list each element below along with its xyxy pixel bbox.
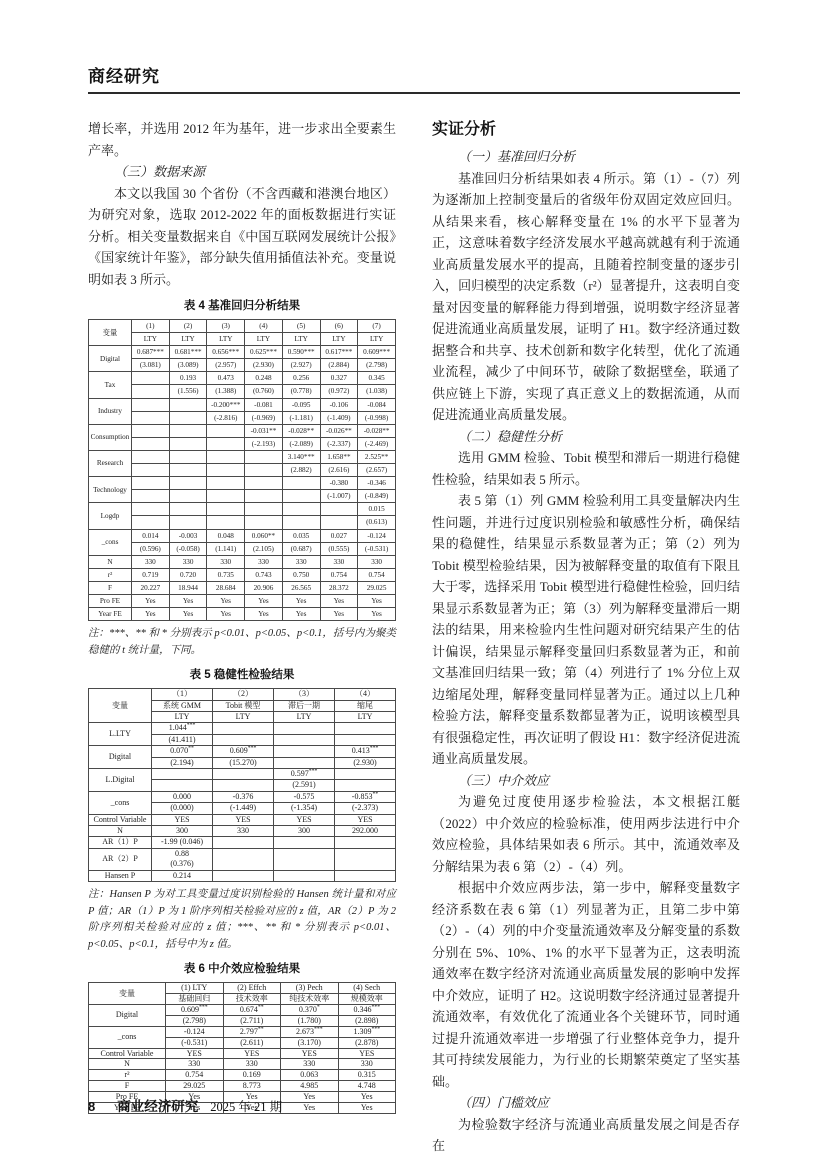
- t-value-cell: (1.038): [358, 385, 396, 398]
- column-header: LTY: [213, 711, 274, 722]
- column-header: LTY: [274, 711, 335, 722]
- significance-stars: ***: [199, 1004, 208, 1010]
- t-value-cell: (2.711): [223, 1015, 281, 1026]
- coefficient-cell: 2.797**: [223, 1026, 281, 1037]
- table-row: (-1.007)(-0.849): [89, 490, 396, 503]
- stat-cell: 20.227: [132, 581, 170, 594]
- stat-cell: 0.315: [338, 1070, 396, 1081]
- t-value-cell: (2.194): [152, 757, 213, 768]
- coefficient-cell: 0.256: [282, 372, 320, 385]
- t-value-cell: [152, 780, 213, 791]
- t-value-cell: (2.898): [338, 1015, 396, 1026]
- t-value-cell: [169, 437, 207, 450]
- t-value-cell: (2.927): [282, 359, 320, 372]
- stat-cell: Yes: [132, 608, 170, 621]
- row-label: _cons: [89, 1026, 166, 1048]
- coefficient-cell: [132, 424, 170, 437]
- stat-cell: YES: [166, 1048, 224, 1059]
- stat-cell: 8.773: [223, 1081, 281, 1092]
- column-header: (5): [282, 320, 320, 333]
- significance-stars: ***: [379, 348, 390, 356]
- row-label: Technology: [89, 477, 132, 503]
- stat-cell: 20.906: [245, 581, 283, 594]
- coefficient-cell: 1.658**: [320, 450, 358, 463]
- coefficient-cell: [213, 723, 274, 734]
- column-header: (6): [320, 320, 358, 333]
- coefficient-cell: [169, 477, 207, 490]
- column-header: (7): [358, 320, 396, 333]
- coefficient-cell: 0.590***: [282, 346, 320, 359]
- stat-cell: 0.720: [169, 568, 207, 581]
- coefficient-cell: [245, 503, 283, 516]
- column-header-variable: 变量: [89, 320, 132, 346]
- stat-cell: Yes: [281, 1092, 339, 1103]
- stat-cell: Yes: [281, 1103, 339, 1114]
- t-value-cell: (2.591): [274, 780, 335, 791]
- row-label: N: [89, 1059, 166, 1070]
- t-value-cell: (1.556): [169, 385, 207, 398]
- table-row: Logdp0.015: [89, 503, 396, 516]
- coefficient-cell: 0.687***: [132, 346, 170, 359]
- coefficient-cell: [245, 450, 283, 463]
- t-value-cell: (41.411): [152, 734, 213, 745]
- table-row: 变量（1）（2）（3）（4）: [89, 689, 396, 700]
- row-label: Consumption: [89, 424, 132, 450]
- paragraph: 根据中介效应两步法，第一步中，解释变量数字经济系数在表 6 第（1）列显著为正，…: [432, 877, 740, 1092]
- coefficient-cell: 0.035: [282, 529, 320, 542]
- column-header: （2）: [213, 689, 274, 700]
- significance-stars: ***: [153, 348, 164, 356]
- t-value-cell: (-0.531): [358, 542, 396, 555]
- column-header: LTY: [320, 333, 358, 346]
- t-value-cell: [169, 464, 207, 477]
- paragraph: 为避免过度使用逐步检验法，本文根据江艇（2022）中介效应的检验标准，使用两步法…: [432, 791, 740, 877]
- table-row: Industry-0.200***-0.081-0.095-0.106-0.08…: [89, 398, 396, 411]
- significance-stars: **: [258, 1026, 264, 1032]
- row-label: Digital: [89, 346, 132, 372]
- subsection-heading-1: （一）基准回归分析: [432, 146, 740, 168]
- table-row: Consumption-0.031**-0.028**-0.026**-0.02…: [89, 424, 396, 437]
- column-header: LTY: [207, 333, 245, 346]
- coefficient-cell: [132, 477, 170, 490]
- coefficient-cell: 0.609***: [213, 746, 274, 757]
- coefficient-cell: [207, 450, 245, 463]
- column-header: 基础回归: [166, 993, 224, 1004]
- coefficient-cell: [320, 503, 358, 516]
- coefficient-cell: [282, 477, 320, 490]
- coefficient-cell: 0.413***: [335, 746, 396, 757]
- coefficient-cell: -0.124: [358, 529, 396, 542]
- coefficient-cell: 0.370*: [281, 1004, 339, 1015]
- stat-cell: [335, 848, 396, 870]
- row-label: Digital: [89, 746, 152, 769]
- stat-cell: 330: [245, 555, 283, 568]
- t-value-cell: (2.798): [166, 1015, 224, 1026]
- coefficient-cell: [335, 723, 396, 734]
- stat-cell: YES: [274, 814, 335, 825]
- stat-cell: [213, 848, 274, 870]
- row-label: Control Variable: [89, 1048, 166, 1059]
- column-header: 技术效率: [223, 993, 281, 1004]
- table-row: Research3.140***1.658**2.525**: [89, 450, 396, 463]
- coefficient-cell: 2.525**: [358, 450, 396, 463]
- t-value-cell: [274, 734, 335, 745]
- row-label: L.Digital: [89, 769, 152, 792]
- table-row: Tax0.1930.4730.2480.2560.3270.345: [89, 372, 396, 385]
- table-row: _cons-0.1242.797**2.673***1.309***: [89, 1026, 396, 1037]
- coefficient-cell: 0.609***: [358, 346, 396, 359]
- coefficient-cell: 0.060**: [245, 529, 283, 542]
- table-row: AR（1）P-1.99 (0.046): [89, 837, 396, 848]
- coefficient-cell: [132, 398, 170, 411]
- t-value-cell: (3.081): [132, 359, 170, 372]
- stat-cell: YES: [335, 814, 396, 825]
- t-value-cell: [335, 734, 396, 745]
- significance-stars: ***: [371, 1004, 380, 1010]
- stat-cell: 29.025: [358, 581, 396, 594]
- significance-stars: ***: [187, 723, 196, 729]
- row-label: F: [89, 581, 132, 594]
- stat-cell: 0.754: [320, 568, 358, 581]
- stat-cell: 0.88 (0.376): [152, 848, 213, 870]
- column-header: (2) Effch: [223, 983, 281, 994]
- stat-cell: [335, 837, 396, 848]
- t-value-cell: (1.780): [281, 1015, 339, 1026]
- table-robustness-test: 变量（1）（2）（3）（4）系统 GMMTobit 模型滞后一期缩尾LTYLTY…: [88, 688, 396, 882]
- t-value-cell: [282, 490, 320, 503]
- row-label: _cons: [89, 529, 132, 555]
- t-value-cell: (-0.998): [358, 411, 396, 424]
- t-value-cell: (-1.007): [320, 490, 358, 503]
- t-value-cell: [282, 516, 320, 529]
- column-header: LTY: [169, 333, 207, 346]
- subsection-heading-4: （四）门槛效应: [432, 1092, 740, 1114]
- stat-cell: 330: [320, 555, 358, 568]
- column-header-variable: 变量: [89, 983, 166, 1005]
- paragraph: 选用 GMM 检验、Tobit 模型和滞后一期进行稳健性检验，结果如表 5 所示…: [432, 447, 740, 490]
- issue-label: 2025 年 21 期: [210, 1100, 282, 1114]
- coefficient-cell: -0.200***: [207, 398, 245, 411]
- stat-cell: 330: [358, 555, 396, 568]
- t-value-cell: [207, 437, 245, 450]
- coefficient-cell: [169, 398, 207, 411]
- column-header: LTY: [245, 333, 283, 346]
- coefficient-cell: [282, 503, 320, 516]
- significance-stars: **: [188, 746, 194, 752]
- t-value-cell: [132, 516, 170, 529]
- table-row: (1.556)(1.388)(0.760)(0.778)(0.972)(1.03…: [89, 385, 396, 398]
- t-value-cell: [245, 516, 283, 529]
- coefficient-cell: 0.597***: [274, 769, 335, 780]
- t-value-cell: [320, 516, 358, 529]
- t-value-cell: [245, 464, 283, 477]
- stat-cell: Yes: [338, 1103, 396, 1114]
- coefficient-cell: -0.376: [213, 791, 274, 802]
- coefficient-cell: 0.681***: [169, 346, 207, 359]
- coefficient-cell: 0.070**: [152, 746, 213, 757]
- stat-cell: 0.169: [223, 1070, 281, 1081]
- coefficient-cell: 0.617***: [320, 346, 358, 359]
- stat-cell: [274, 848, 335, 870]
- t-value-cell: (-2.373): [335, 803, 396, 814]
- column-header: LTY: [282, 333, 320, 346]
- t-value-cell: [169, 411, 207, 424]
- table-row: Digital0.687***0.681***0.656***0.625***0…: [89, 346, 396, 359]
- coefficient-cell: [245, 477, 283, 490]
- significance-stars: **: [307, 427, 314, 435]
- table-row: N300330300292.000: [89, 826, 396, 837]
- stat-cell: 0.735: [207, 568, 245, 581]
- stat-cell: 330: [207, 555, 245, 568]
- stat-cell: YES: [152, 814, 213, 825]
- table-row: Pro FEYesYesYesYesYesYesYes: [89, 594, 396, 607]
- t-value-cell: (-2.816): [207, 411, 245, 424]
- t-value-cell: (2.930): [335, 757, 396, 768]
- stat-cell: Yes: [207, 608, 245, 621]
- t-value-cell: (-1.181): [282, 411, 320, 424]
- coefficient-cell: [132, 450, 170, 463]
- stat-cell: Yes: [245, 594, 283, 607]
- subsection-heading-data-source: （三）数据来源: [88, 161, 396, 183]
- t-value-cell: (15.270): [213, 757, 274, 768]
- coefficient-cell: 0.027: [320, 529, 358, 542]
- table-row: (0.596)(-0.058)(1.141)(2.105)(0.687)(0.5…: [89, 542, 396, 555]
- stat-cell: 300: [274, 826, 335, 837]
- paragraph: 本文以我国 30 个省份（不含西藏和港澳台地区）为研究对象，选取 2012-20…: [88, 183, 396, 291]
- t-value-cell: [213, 734, 274, 745]
- stat-cell: 0.063: [281, 1070, 339, 1081]
- coefficient-cell: [152, 769, 213, 780]
- column-header: 滞后一期: [274, 700, 335, 711]
- row-label: Tax: [89, 372, 132, 398]
- coefficient-cell: [207, 477, 245, 490]
- stat-cell: 0.754: [166, 1070, 224, 1081]
- coefficient-cell: [213, 769, 274, 780]
- t-value-cell: (0.972): [320, 385, 358, 398]
- column-header: 缩尾: [335, 700, 396, 711]
- table-baseline-regression: 变量(1)(2)(3)(4)(5)(6)(7)LTYLTYLTYLTYLTYLT…: [88, 319, 396, 621]
- significance-stars: ***: [304, 453, 315, 461]
- table-row: 变量(1) LTY(2) Effch(3) Pech(4) Sech: [89, 983, 396, 994]
- significance-stars: ***: [342, 348, 353, 356]
- stat-cell: 330: [132, 555, 170, 568]
- right-column: 实证分析 （一）基准回归分析 基准回归分析结果如表 4 所示。第（1）-（7）列…: [432, 118, 740, 1157]
- significance-stars: **: [372, 791, 378, 797]
- stat-cell: Yes: [207, 594, 245, 607]
- significance-stars: ***: [371, 1026, 380, 1032]
- paragraph: 为检验数字经济与流通业高质量发展之间是否存在: [432, 1114, 740, 1157]
- significance-stars: *: [317, 1004, 320, 1010]
- column-header-variable: 变量: [89, 689, 152, 723]
- table-row: L.LTY1.044***: [89, 723, 396, 734]
- stat-cell: Yes: [245, 608, 283, 621]
- column-header: 纯技术效率: [281, 993, 339, 1004]
- t-value-cell: (-2.469): [358, 437, 396, 450]
- t-value-cell: (0.778): [282, 385, 320, 398]
- column-header: 系统 GMM: [152, 700, 213, 711]
- t-value-cell: (2.616): [320, 464, 358, 477]
- page-footer: 8商业经济研究2025 年 21 期: [88, 1095, 282, 1115]
- stat-cell: YES: [281, 1048, 339, 1059]
- table-row: L.Digital0.597***: [89, 769, 396, 780]
- t-value-cell: (1.388): [207, 385, 245, 398]
- row-label: N: [89, 826, 152, 837]
- significance-stars: ***: [191, 348, 202, 356]
- column-header: (3): [207, 320, 245, 333]
- stat-cell: 292.000: [335, 826, 396, 837]
- t-value-cell: (-0.058): [169, 542, 207, 555]
- stat-cell: Yes: [320, 608, 358, 621]
- stat-cell: [335, 870, 396, 881]
- table-row: (-2.816)(-0.969)(-1.181)(-1.409)(-0.998): [89, 411, 396, 424]
- coefficient-cell: 0.625***: [245, 346, 283, 359]
- stat-cell: 4.985: [281, 1081, 339, 1092]
- coefficient-cell: -0.575: [274, 791, 335, 802]
- stat-cell: 0.743: [245, 568, 283, 581]
- t-value-cell: (3.170): [281, 1037, 339, 1048]
- stat-cell: [274, 837, 335, 848]
- t-value-cell: (-2.193): [245, 437, 283, 450]
- coefficient-cell: -0.081: [245, 398, 283, 411]
- stat-cell: 330: [338, 1059, 396, 1070]
- row-label: Digital: [89, 1004, 166, 1026]
- table5-title: 表 5 稳健性检验结果: [88, 668, 396, 683]
- coefficient-cell: -0.106: [320, 398, 358, 411]
- t-value-cell: (-0.969): [245, 411, 283, 424]
- column-header: 规模效率: [338, 993, 396, 1004]
- coefficient-cell: 0.193: [169, 372, 207, 385]
- coefficient-cell: -0.003: [169, 529, 207, 542]
- coefficient-cell: [274, 746, 335, 757]
- table-row: LTYLTYLTYLTYLTYLTYLTY: [89, 333, 396, 346]
- coefficient-cell: -0.031**: [245, 424, 283, 437]
- coefficient-cell: [274, 723, 335, 734]
- table-row: Control VariableYESYESYESYES: [89, 1048, 396, 1059]
- t-value-cell: [207, 490, 245, 503]
- table-row: (2.882)(2.616)(2.657): [89, 464, 396, 477]
- t-value-cell: (2.878): [338, 1037, 396, 1048]
- subsection-heading-3: （三）中介效应: [432, 770, 740, 792]
- table4-title: 表 4 基准回归分析结果: [88, 299, 396, 314]
- stat-cell: Yes: [320, 594, 358, 607]
- t-value-cell: (0.596): [132, 542, 170, 555]
- row-label: Hansen P: [89, 870, 152, 881]
- table-row: AR（2）P0.88 (0.376): [89, 848, 396, 870]
- table-row: (0.613): [89, 516, 396, 529]
- significance-stars: ***: [230, 401, 241, 409]
- column-header: LTY: [132, 333, 170, 346]
- significance-stars: ***: [248, 746, 257, 752]
- t-value-cell: [169, 516, 207, 529]
- significance-stars: **: [382, 427, 389, 435]
- journal-section-title: 商经研究: [88, 62, 160, 87]
- coefficient-cell: 0.473: [207, 372, 245, 385]
- t-value-cell: [169, 490, 207, 503]
- significance-stars: ***: [304, 348, 315, 356]
- t-value-cell: (2.611): [223, 1037, 281, 1048]
- column-header: (1): [132, 320, 170, 333]
- coefficient-cell: 0.048: [207, 529, 245, 542]
- t-value-cell: (0.555): [320, 542, 358, 555]
- row-label: N: [89, 555, 132, 568]
- significance-stars: ***: [228, 348, 239, 356]
- coefficient-cell: [169, 424, 207, 437]
- table-row: (-2.193)(-2.089)(-2.337)(-2.469): [89, 437, 396, 450]
- stat-cell: 330: [281, 1059, 339, 1070]
- coefficient-cell: 0.015: [358, 503, 396, 516]
- stat-cell: 300: [152, 826, 213, 837]
- t-value-cell: [245, 490, 283, 503]
- t-value-cell: (2.957): [207, 359, 245, 372]
- column-header: LTY: [358, 333, 396, 346]
- t-value-cell: (2.882): [282, 464, 320, 477]
- t-value-cell: (2.657): [358, 464, 396, 477]
- table-row: F20.22718.94428.68420.90626.56528.37229.…: [89, 581, 396, 594]
- table-row: _cons0.014-0.0030.0480.060**0.0350.027-0…: [89, 529, 396, 542]
- coefficient-cell: -0.095: [282, 398, 320, 411]
- row-label: F: [89, 1081, 166, 1092]
- stat-cell: 330: [169, 555, 207, 568]
- row-label: Industry: [89, 398, 132, 424]
- row-label: _cons: [89, 791, 152, 814]
- t-value-cell: (-1.449): [213, 803, 274, 814]
- t-value-cell: (3.089): [169, 359, 207, 372]
- table-row: 变量(1)(2)(3)(4)(5)(6)(7): [89, 320, 396, 333]
- table-row: r²0.7540.1690.0630.315: [89, 1070, 396, 1081]
- t-value-cell: [132, 464, 170, 477]
- stat-cell: [274, 870, 335, 881]
- coefficient-cell: -0.346: [358, 477, 396, 490]
- column-header: (3) Pech: [281, 983, 339, 994]
- section-title-empirical-analysis: 实证分析: [432, 118, 740, 142]
- table5-note: 注：Hansen P 为对工具变量过度识别检验的 Hansen 统计量和对应 P…: [88, 887, 396, 953]
- stat-cell: 28.372: [320, 581, 358, 594]
- significance-stars: ***: [309, 769, 318, 775]
- t-value-cell: (2.930): [245, 359, 283, 372]
- coefficient-cell: 0.327: [320, 372, 358, 385]
- table-row: Year FEYesYesYesYesYesYesYes: [89, 608, 396, 621]
- paragraph: 表 5 第（1）列 GMM 检验利用工具变量解决内生性问题，并进行过度识别检验和…: [432, 490, 740, 770]
- table-row: Digital0.609***0.674**0.370*0.346***: [89, 1004, 396, 1015]
- coefficient-cell: [207, 503, 245, 516]
- stat-cell: 0.750: [282, 568, 320, 581]
- coefficient-cell: [132, 503, 170, 516]
- stat-cell: Yes: [358, 608, 396, 621]
- column-header: （3）: [274, 689, 335, 700]
- t-value-cell: [335, 780, 396, 791]
- coefficient-cell: 0.014: [132, 529, 170, 542]
- coefficient-cell: 0.674**: [223, 1004, 281, 1015]
- journal-name: 商业经济研究: [117, 1099, 198, 1114]
- column-header: LTY: [152, 711, 213, 722]
- significance-stars: ***: [314, 1026, 323, 1032]
- stat-cell: 330: [282, 555, 320, 568]
- table4-note: 注：***、** 和 * 分别表示 p<0.01、p<0.05、p<0.1，括号…: [88, 626, 396, 659]
- t-value-cell: (-1.354): [274, 803, 335, 814]
- t-value-cell: (0.760): [245, 385, 283, 398]
- stat-cell: Yes: [358, 594, 396, 607]
- significance-stars: ***: [370, 746, 379, 752]
- coefficient-cell: 2.673***: [281, 1026, 339, 1037]
- t-value-cell: [132, 437, 170, 450]
- column-header: (1) LTY: [166, 983, 224, 994]
- t-value-cell: [207, 464, 245, 477]
- stat-cell: 18.944: [169, 581, 207, 594]
- stat-cell: YES: [223, 1048, 281, 1059]
- coefficient-cell: 3.140***: [282, 450, 320, 463]
- column-header: (2): [169, 320, 207, 333]
- t-value-cell: [207, 516, 245, 529]
